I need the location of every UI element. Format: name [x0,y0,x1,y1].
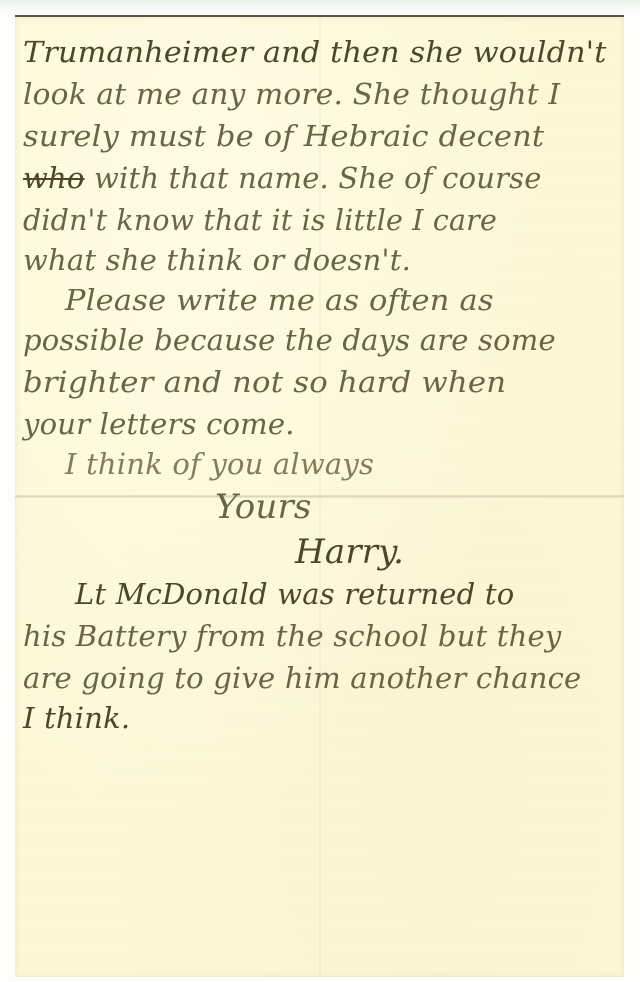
letter-line: I think of you always [65,447,374,481]
letter-line: possible because the days are some [23,323,556,357]
postscript-line: Lt McDonald was returned to [75,577,514,611]
scanned-page: Trumanheimer and then she wouldn't look … [0,0,640,982]
signature: Harry. [295,532,404,572]
struck-word: who [23,161,85,195]
valediction: Yours [215,487,312,527]
letter-line: your letters come. [23,407,295,441]
letter-body: Trumanheimer and then she wouldn't look … [15,17,624,977]
letter-line: look at me any more. She thought I [23,77,560,111]
letter-line: didn't know that it is little I care [23,203,497,237]
letter-line: brighter and not so hard when [23,365,506,399]
postscript-line: I think. [23,701,130,735]
letter-line: surely must be of Hebraic decent [23,119,544,153]
postscript-line: his Battery from the school but they [23,619,561,653]
letter-line-text: with that name. She of course [94,161,542,195]
postscript-line: are going to give him another chance [23,661,581,695]
letter-line: what she think or doesn't. [23,243,411,277]
letter-line: Please write me as often as [65,283,494,317]
letter-line-with-strike: who with that name. She of course [23,161,542,195]
letter-paper: Trumanheimer and then she wouldn't look … [15,15,624,977]
letter-line: Trumanheimer and then she wouldn't [23,35,607,69]
